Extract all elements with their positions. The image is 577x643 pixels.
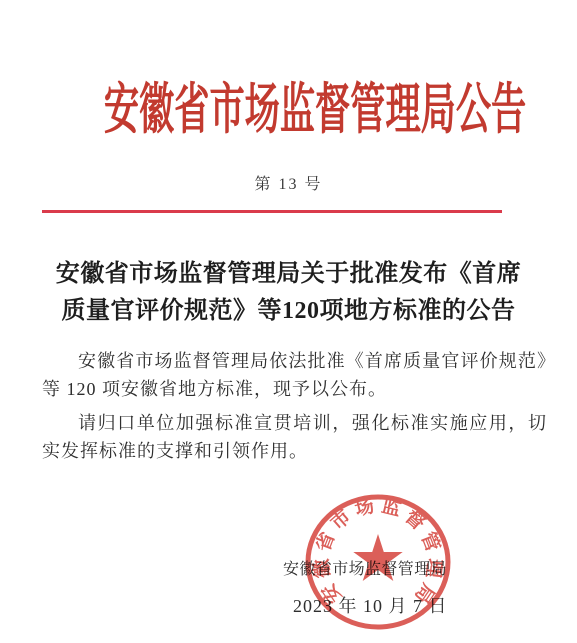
divider-rule — [42, 210, 502, 213]
heading-line-2: 质量官评价规范》等120项地方标准的公告 — [0, 293, 577, 330]
signature-org: 安徽省市场监督管理局 — [283, 556, 447, 579]
svg-text:安徽省市场监督管理局: 安徽省市场监督管理局 — [309, 494, 445, 608]
announcement-heading: 安徽省市场监督管理局关于批准发布《首席 质量官评价规范》等120项地方标准的公告 — [0, 256, 577, 330]
seal-arc-text: 安徽省市场监督管理局 — [309, 494, 445, 608]
signature-date: 2023 年 10 月 7 日 — [293, 592, 448, 618]
announcement-page: 安徽省市场监督管理局公告 第 13 号 安徽省市场监督管理局关于批准发布《首席 … — [0, 0, 577, 643]
doc-number: 第 13 号 — [0, 171, 577, 194]
page-title: 安徽省市场监督管理局公告 — [104, 80, 473, 141]
body-paragraph-1: 安徽省市场监督管理局依法批准《首席质量官评价规范》等 120 项安徽省地方标准，… — [42, 347, 547, 404]
heading-line-1: 安徽省市场监督管理局关于批准发布《首席 — [0, 256, 577, 293]
body-paragraph-2: 请归口单位加强标准宣贯培训，强化标准实施应用，切实发挥标准的支撑和引领作用。 — [42, 409, 547, 466]
